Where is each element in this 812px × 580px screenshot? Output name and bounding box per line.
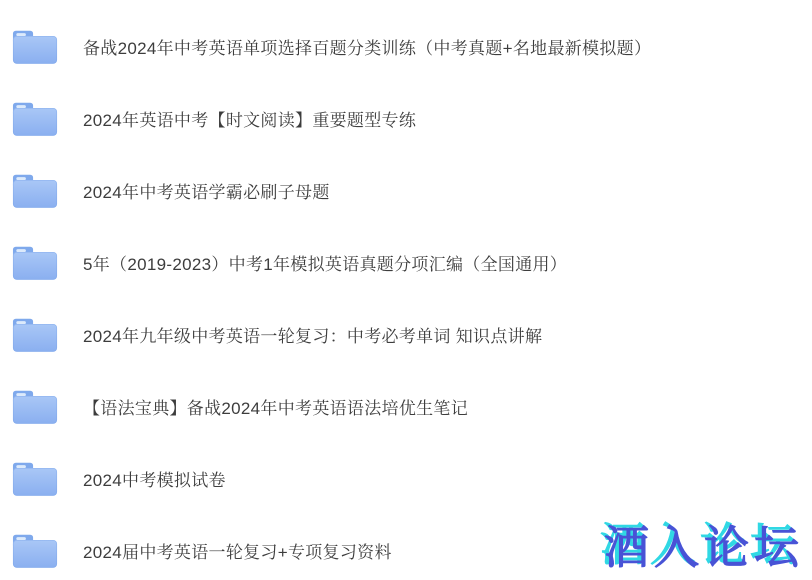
folder-name[interactable]: 2024年中考英语学霸必刷子母题 bbox=[83, 178, 330, 203]
folder-icon bbox=[12, 316, 58, 353]
folder-name[interactable]: 2024年九年级中考英语一轮复习：中考必考单词 知识点讲解 bbox=[83, 322, 542, 347]
folder-icon bbox=[12, 244, 58, 281]
folder-name[interactable]: 2024届中考英语一轮复习+专项复习资料 bbox=[83, 538, 392, 563]
folder-icon bbox=[12, 388, 58, 425]
folder-row[interactable]: 5年（2019-2023）中考1年模拟英语真题分项汇编（全国通用） bbox=[0, 226, 812, 298]
folder-icon bbox=[12, 100, 58, 137]
folder-name[interactable]: 5年（2019-2023）中考1年模拟英语真题分项汇编（全国通用） bbox=[83, 250, 567, 275]
folder-name[interactable]: 2024中考模拟试卷 bbox=[83, 466, 226, 491]
folder-list: 备战2024年中考英语单项选择百题分类训练（中考真题+名地最新模拟题） 2024… bbox=[0, 10, 812, 580]
folder-name[interactable]: 2024年英语中考【时文阅读】重要题型专练 bbox=[83, 106, 416, 131]
folder-icon bbox=[12, 460, 58, 497]
folder-row[interactable]: 2024年中考英语学霸必刷子母题 bbox=[0, 154, 812, 226]
folder-icon bbox=[12, 28, 58, 65]
folder-row[interactable]: 2024年九年级中考英语一轮复习：中考必考单词 知识点讲解 bbox=[0, 298, 812, 370]
folder-icon bbox=[12, 172, 58, 209]
folder-row[interactable]: 备战2024年中考英语单项选择百题分类训练（中考真题+名地最新模拟题） bbox=[0, 10, 812, 82]
folder-row[interactable]: 2024年英语中考【时文阅读】重要题型专练 bbox=[0, 82, 812, 154]
folder-list-page: 备战2024年中考英语单项选择百题分类训练（中考真题+名地最新模拟题） 2024… bbox=[0, 0, 812, 580]
folder-row[interactable]: 【语法宝典】备战2024年中考英语语法培优生笔记 bbox=[0, 370, 812, 442]
folder-row[interactable]: 2024中考模拟试卷 bbox=[0, 442, 812, 514]
folder-row[interactable]: 2024届中考英语一轮复习+专项复习资料 bbox=[0, 514, 812, 580]
folder-icon bbox=[12, 532, 58, 569]
folder-name[interactable]: 备战2024年中考英语单项选择百题分类训练（中考真题+名地最新模拟题） bbox=[83, 34, 651, 59]
folder-name[interactable]: 【语法宝典】备战2024年中考英语语法培优生笔记 bbox=[83, 394, 468, 419]
